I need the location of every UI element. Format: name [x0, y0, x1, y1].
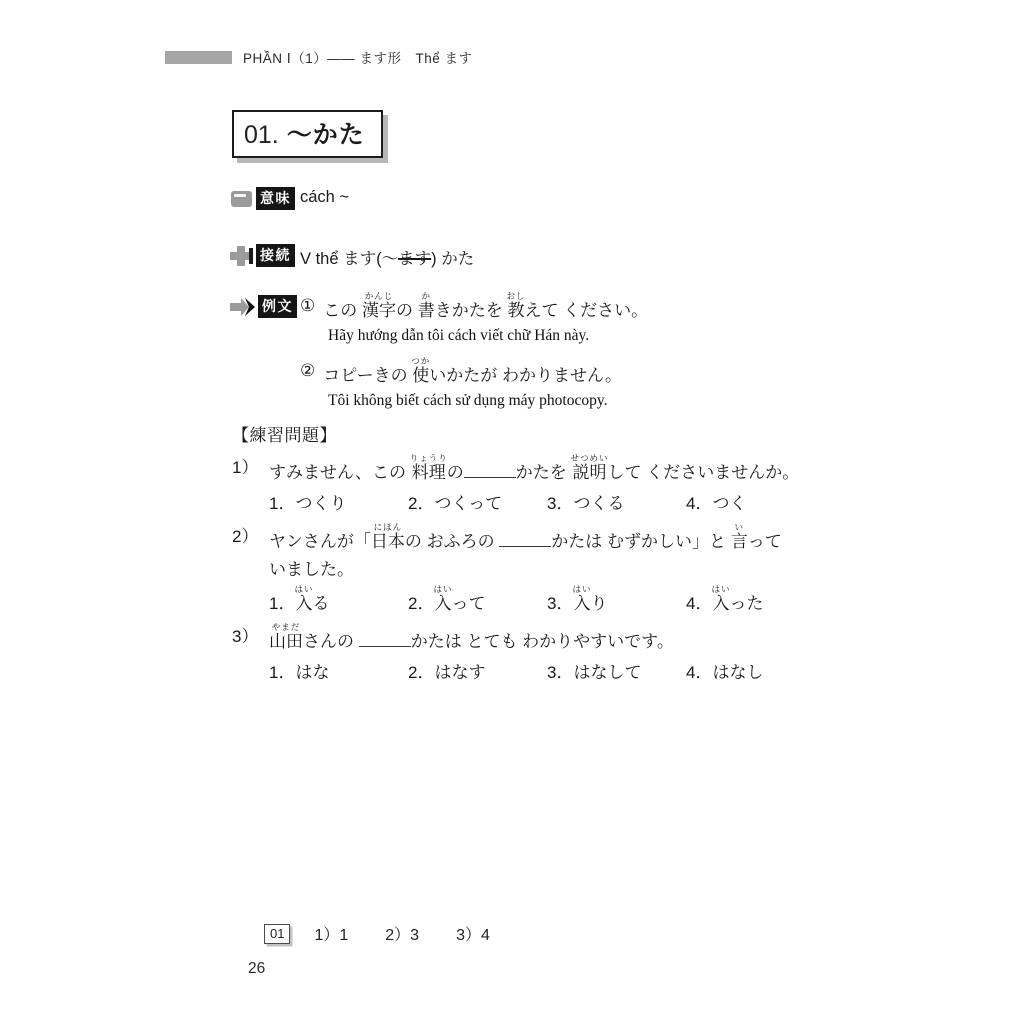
lesson-title-box: 01. ～かた: [232, 110, 383, 158]
question-1-options: 1．つくり 2．つくって 3．つくる 4．つく: [269, 489, 832, 519]
meaning-section: 意味 cách ~: [230, 183, 349, 210]
example-1-translation: Hãy hướng dẫn tôi cách viết chữ Hán này.: [328, 326, 648, 346]
question-1: 1） すみません、この 料理りょうりのかたを 説明せつめいして くださいませんか…: [232, 453, 832, 488]
plus-icon: [230, 245, 254, 267]
option-3-4: 4．はなし: [686, 658, 763, 688]
page-header: PHẦN Ⅰ（1）—— ます形 Thể ます: [165, 47, 473, 67]
answer-key: 01 1）1 2）3 3）4: [264, 922, 490, 945]
option-1-2: 2．つくって: [408, 489, 547, 519]
arrow-icon: [230, 297, 256, 317]
connection-section: 接続 V thể ます(～ます) かた: [230, 240, 474, 269]
question-3: 3） 山田やまださんの かたは とても わかりやすいです。: [232, 622, 832, 657]
fill-in-blank: [499, 529, 551, 547]
question-2-text: ヤンさんが「日本にほんの おふろの かたは むずかしい」と 言いって: [269, 522, 782, 557]
question-2-number: 2）: [232, 522, 269, 557]
option-2-1: 1．入はいる: [269, 584, 408, 619]
answer-item-2: 2）3: [385, 922, 419, 945]
option-3-3: 3．はなして: [547, 658, 686, 688]
practice-section: 【練習問題】 1） すみません、この 料理りょうりのかたを 説明せつめいして く…: [232, 424, 832, 691]
option-2-2: 2．入はいって: [408, 584, 547, 619]
option-2-3: 3．入はいり: [547, 584, 686, 619]
example-1-sentence: この 漢字かんじの 書かきかたを 教おしえて ください。: [323, 291, 648, 326]
fill-in-blank: [359, 629, 411, 647]
lesson-title: ～かた: [287, 115, 365, 151]
examples-label: 例文: [258, 295, 297, 318]
example-1: ① この 漢字かんじの 書かきかたを 教おしえて ください。: [300, 291, 648, 326]
connection-pre: V thể ます(～: [300, 250, 398, 268]
example-1-number: ①: [300, 291, 315, 326]
question-3-text: 山田やまださんの かたは とても わかりやすいです。: [269, 622, 674, 657]
connection-strikethrough: ます: [398, 250, 431, 268]
lesson-number: 01.: [244, 121, 279, 150]
header-bar: [165, 51, 232, 64]
meaning-label: 意味: [256, 187, 295, 210]
question-2: 2） ヤンさんが「日本にほんの おふろの かたは むずかしい」と 言いって: [232, 522, 832, 557]
question-1-number: 1）: [232, 453, 269, 488]
option-1-4: 4．つく: [686, 489, 746, 519]
example-2-translation: Tôi không biết cách sử dụng máy photocop…: [328, 391, 648, 411]
connection-label-group: 接続: [230, 244, 300, 267]
option-1-3: 3．つくる: [547, 489, 686, 519]
book-icon: [230, 189, 254, 209]
connection-text: V thể ます(～ます) かた: [300, 245, 474, 269]
meaning-text: cách ~: [300, 188, 349, 207]
question-3-options: 1．はな 2．はなす 3．はなして 4．はなし: [269, 658, 832, 688]
option-1-1: 1．つくり: [269, 489, 408, 519]
header-title: PHẦN Ⅰ（1）—— ます形 Thể ます: [243, 47, 473, 67]
examples-section: 例文 ① この 漢字かんじの 書かきかたを 教おしえて ください。 Hãy hư…: [230, 291, 648, 417]
connection-post: ) かた: [431, 250, 474, 268]
practice-title: 【練習問題】: [232, 424, 832, 448]
question-1-text: すみません、この 料理りょうりのかたを 説明せつめいして くださいませんか。: [269, 453, 799, 488]
answer-item-3: 3）4: [456, 922, 490, 945]
meaning-label-group: 意味: [230, 187, 300, 210]
question-2-options: 1．入はいる 2．入はいって 3．入はいり 4．入はいった: [269, 584, 832, 619]
option-3-2: 2．はなす: [408, 658, 547, 688]
question-2-text-line2: いました。: [269, 557, 832, 583]
answer-item-1: 1）1: [314, 922, 348, 945]
examples-label-group: 例文: [230, 295, 300, 318]
fill-in-blank: [464, 460, 516, 478]
example-2-sentence: コピーきの 使つかいかたが わかりません。: [323, 356, 622, 391]
example-2: ② コピーきの 使つかいかたが わかりません。: [300, 356, 648, 391]
example-2-number: ②: [300, 356, 315, 391]
answer-key-lesson-box: 01: [264, 924, 290, 944]
textbook-page: PHẦN Ⅰ（1）—— ます形 Thể ます 01. ～かた 意味 cách ~…: [0, 0, 1024, 1024]
answer-key-items: 1）1 2）3 3）4: [314, 922, 489, 945]
connection-label: 接続: [256, 244, 295, 267]
option-3-1: 1．はな: [269, 658, 408, 688]
question-3-number: 3）: [232, 622, 269, 657]
examples-list: ① この 漢字かんじの 書かきかたを 教おしえて ください。 Hãy hướng…: [300, 291, 648, 417]
page-number: 26: [248, 960, 265, 978]
option-2-4: 4．入はいった: [686, 584, 763, 619]
